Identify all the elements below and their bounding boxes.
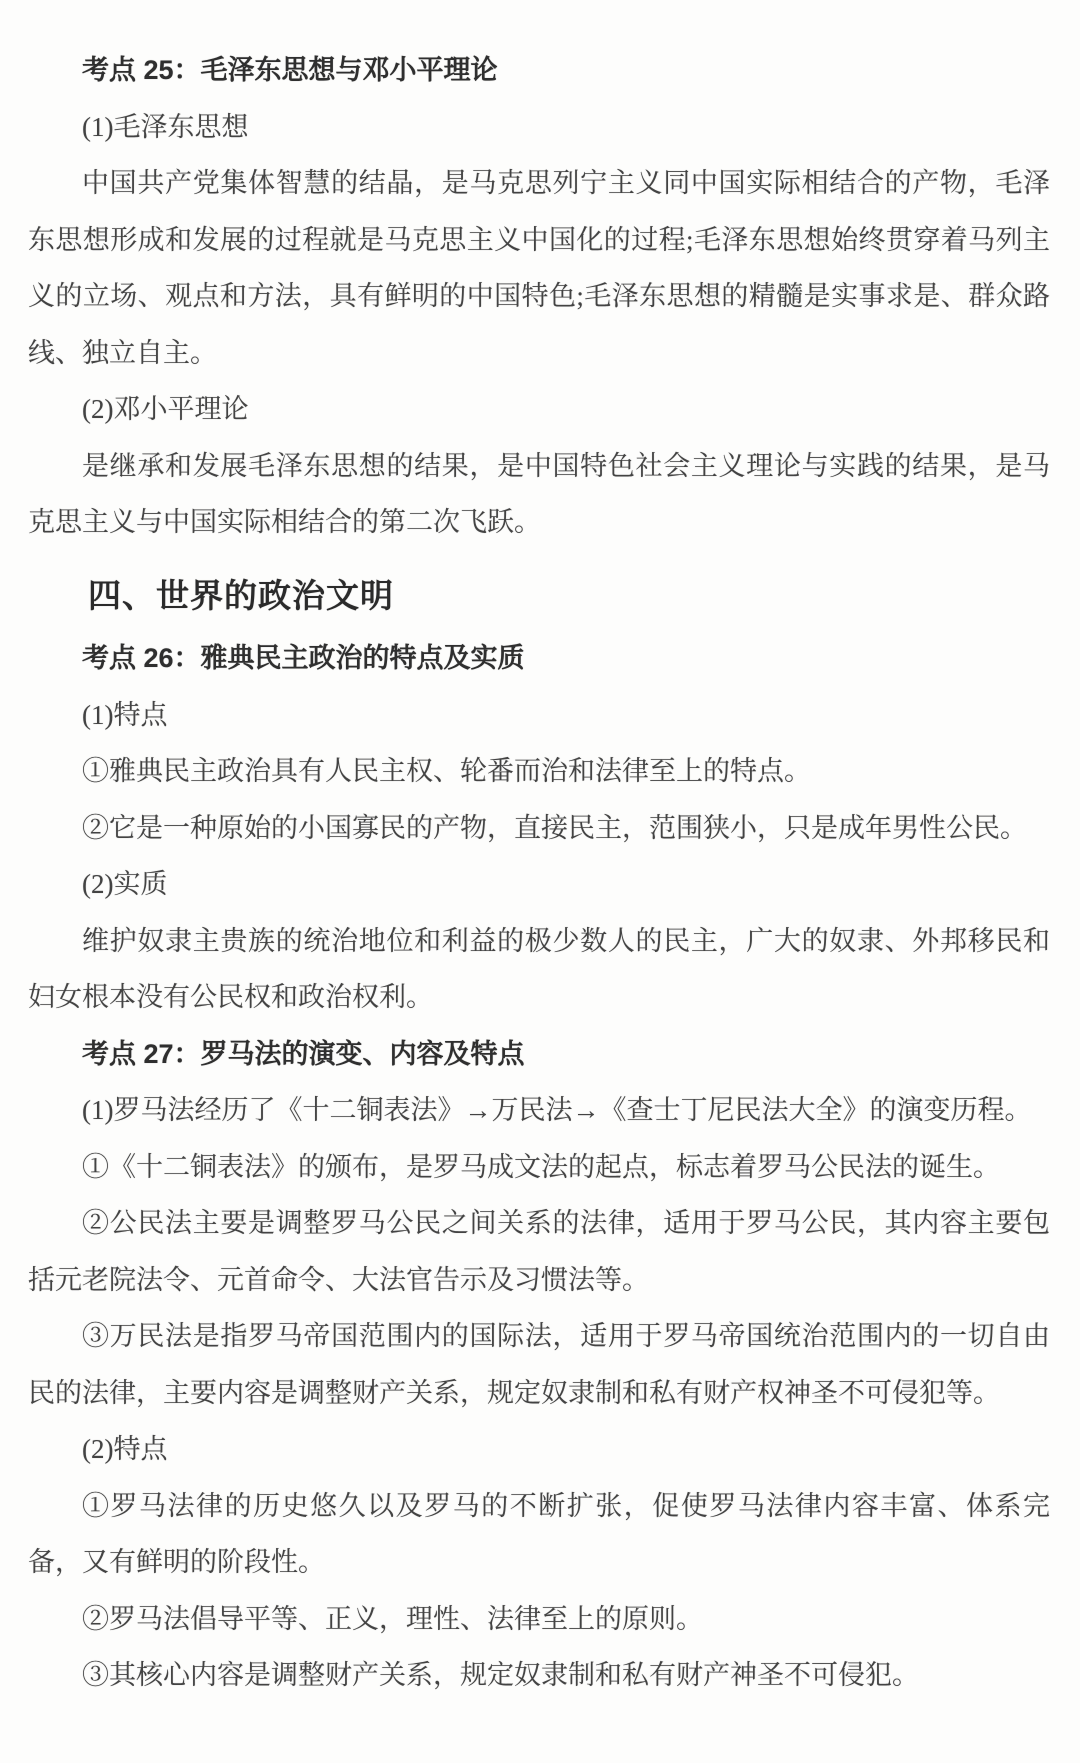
- paragraph: (2)实质: [28, 856, 1050, 913]
- paragraph: ②它是一种原始的小国寡民的产物，直接民主，范围狭小，只是成年男性公民。: [28, 800, 1050, 857]
- paragraph: (2)特点: [28, 1421, 1050, 1478]
- paragraph: ②公民法主要是调整罗马公民之间关系的法律，适用于罗马公民，其内容主要包括元老院法…: [28, 1195, 1050, 1308]
- exam-point-heading: 考点 25：毛泽东思想与邓小平理论: [28, 42, 1050, 99]
- paragraph: 是继承和发展毛泽东思想的结果，是中国特色社会主义理论与实践的结果，是马克思主义与…: [28, 438, 1050, 551]
- paragraph: ②罗马法倡导平等、正义，理性、法律至上的原则。: [28, 1591, 1050, 1648]
- paragraph: (1)毛泽东思想: [28, 99, 1050, 156]
- paragraph: (2)邓小平理论: [28, 381, 1050, 438]
- document-body: 考点 25：毛泽东思想与邓小平理论(1)毛泽东思想中国共产党集体智慧的结晶，是马…: [0, 0, 1080, 1704]
- exam-point-heading: 考点 27：罗马法的演变、内容及特点: [28, 1026, 1050, 1083]
- paragraph: ③万民法是指罗马帝国范围内的国际法，适用于罗马帝国统治范围内的一切自由民的法律，…: [28, 1308, 1050, 1421]
- exam-point-heading: 考点 26：雅典民主政治的特点及实质: [28, 630, 1050, 687]
- paragraph: (1)罗马法经历了《十二铜表法》→万民法→《查士丁尼民法大全》的演变历程。: [28, 1082, 1050, 1139]
- paragraph: ③其核心内容是调整财产关系，规定奴隶制和私有财产神圣不可侵犯。: [28, 1647, 1050, 1704]
- paragraph: 维护奴隶主贵族的统治地位和利益的极少数人的民主，广大的奴隶、外邦移民和妇女根本没…: [28, 913, 1050, 1026]
- paragraph: ①《十二铜表法》的颁布，是罗马成文法的起点，标志着罗马公民法的诞生。: [28, 1139, 1050, 1196]
- paragraph: ①罗马法律的历史悠久以及罗马的不断扩张，促使罗马法律内容丰富、体系完备，又有鲜明…: [28, 1478, 1050, 1591]
- document-page: 考点 25：毛泽东思想与邓小平理论(1)毛泽东思想中国共产党集体智慧的结晶，是马…: [0, 0, 1080, 1763]
- paragraph: ①雅典民主政治具有人民主权、轮番而治和法律至上的特点。: [28, 743, 1050, 800]
- paragraph: 中国共产党集体智慧的结晶，是马克思列宁主义同中国实际相结合的产物，毛泽东思想形成…: [28, 155, 1050, 381]
- section-heading: 四、世界的政治文明: [28, 563, 1050, 629]
- paragraph: (1)特点: [28, 687, 1050, 744]
